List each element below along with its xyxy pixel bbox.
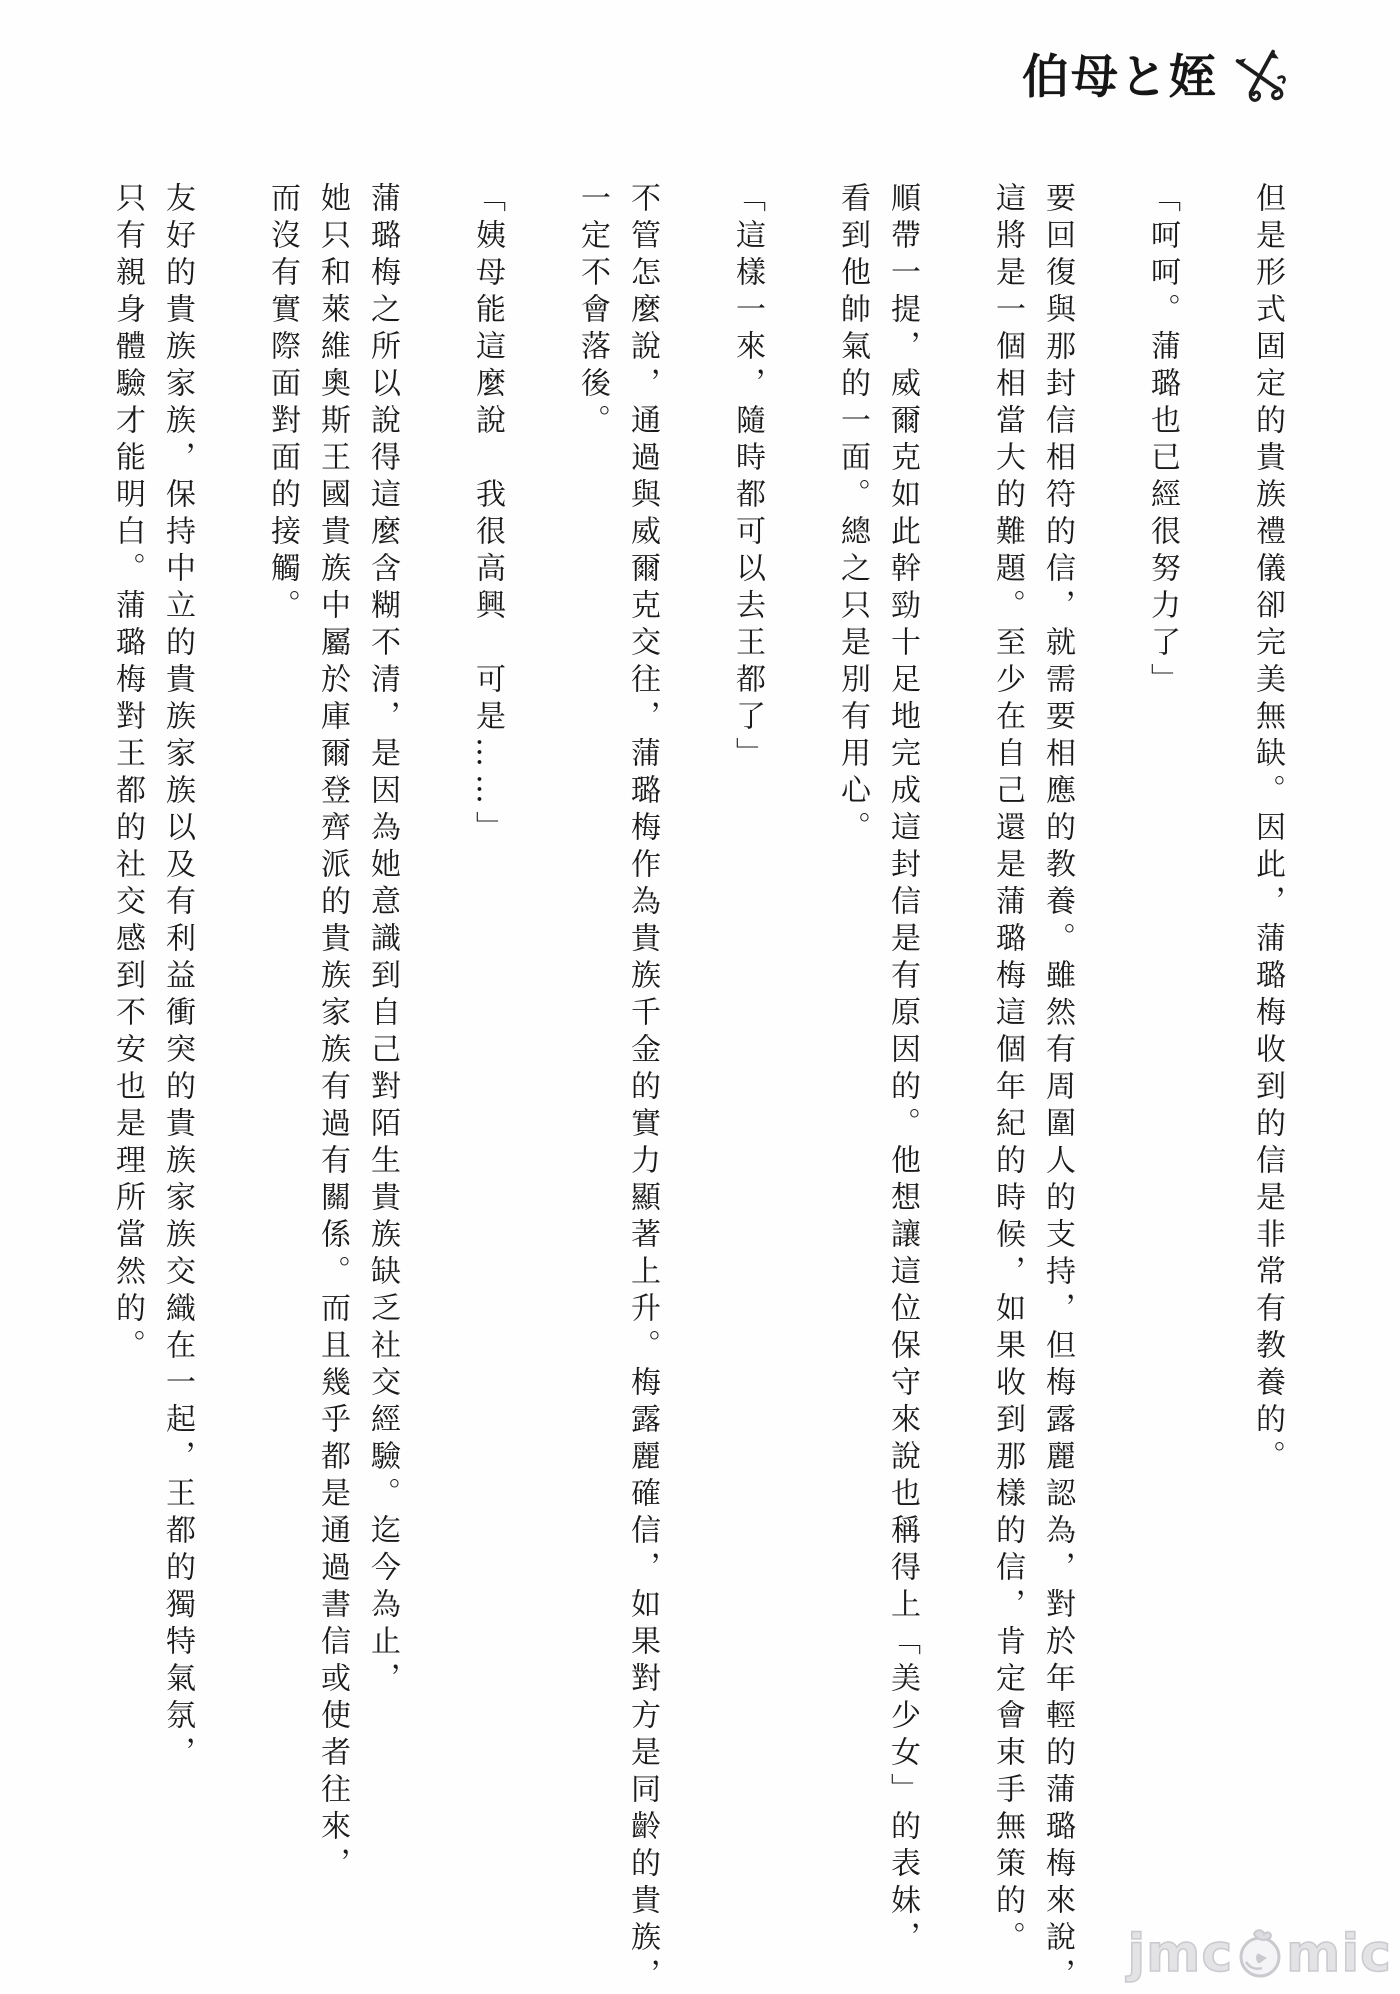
text-column: 她只和萊維奧斯王國貴族中屬於庫爾登齊派的貴族家族有過有關係。而且幾乎都是通過書信… <box>307 182 357 1982</box>
paragraph: 不管怎麼說，通過與威爾克交往，蒲璐梅作為貴族千金的實力顯著上升。梅露麗確信，如果… <box>567 182 667 1982</box>
watermark-text-right: mic <box>1286 1924 1392 1984</box>
paragraph: 要回復與那封信相符的信，就需要相應的教養。雖然有周圍人的支持，但梅露麗認為，對於… <box>982 182 1082 1982</box>
text-column: 友好的貴族家族，保持中立的貴族家族以及有利益衝突的貴族家族交織在一起，王都的獨特… <box>152 182 202 1982</box>
text-column: 不管怎麼說，通過與威爾克交往，蒲璐梅作為貴族千金的實力顯著上升。梅露麗確信，如果… <box>617 182 667 1982</box>
text-column: 只有親身體驗才能明白。蒲璐梅對王都的社交感到不安也是理所當然的。 <box>102 182 152 1982</box>
text-column: 蒲璐梅之所以說得這麼含糊不清，是因為她意識到自己對陌生貴族缺乏社交經驗。迄今為止… <box>357 182 407 1982</box>
paragraph: 蒲璐梅之所以說得這麼含糊不清，是因為她意識到自己對陌生貴族缺乏社交經驗。迄今為止… <box>257 182 407 1982</box>
chick-mascot-icon <box>1232 1928 1288 1980</box>
chapter-title: 伯母と姪 <box>1022 40 1218 107</box>
crossed-hairpin-ornament-icon <box>1232 45 1288 103</box>
text-column: 看到他帥氣的一面。總之只是別有用心。 <box>827 182 877 1982</box>
watermark-text-left: jmc <box>1127 1924 1233 1984</box>
text-column: 「呵呵。蒲璐也已經很努力了」 <box>1137 182 1187 1982</box>
paragraph: 但是形式固定的貴族禮儀卻完美無缺。因此，蒲璐梅收到的信是非常有教養的。 <box>1242 182 1292 1982</box>
text-column: 而沒有實際面對面的接觸。 <box>257 182 307 1982</box>
paragraph: 「姨母能這麼說 我很高興 可是……」 <box>462 182 512 1982</box>
text-column: 「姨母能這麼說 我很高興 可是……」 <box>462 182 512 1982</box>
paragraph: 友好的貴族家族，保持中立的貴族家族以及有利益衝突的貴族家族交織在一起，王都的獨特… <box>102 182 202 1982</box>
text-column: 要回復與那封信相符的信，就需要相應的教養。雖然有周圍人的支持，但梅露麗認為，對於… <box>1032 182 1082 1982</box>
watermark: jmc mic <box>1127 1924 1392 1984</box>
text-column: 但是形式固定的貴族禮儀卻完美無缺。因此，蒲璐梅收到的信是非常有教養的。 <box>1242 182 1292 1982</box>
text-column: 順帶一提，威爾克如此幹勁十足地完成這封信是有原因的。他想讓這位保守來說也稱得上「… <box>877 182 927 1982</box>
chapter-header: 伯母と姪 <box>1022 40 1288 107</box>
text-column: 這將是一個相當大的難題。至少在自己還是蒲璐梅這個年紀的時候，如果收到那樣的信，肯… <box>982 182 1032 1982</box>
text-column: 「這樣一來，隨時都可以去王都了」 <box>722 182 772 1982</box>
novel-page: 伯母と姪 但是形式固定的貴族禮儀卻完美無缺。因此，蒲璐梅收到的信是非常有教養的。… <box>0 0 1400 1994</box>
text-area: 但是形式固定的貴族禮儀卻完美無缺。因此，蒲璐梅收到的信是非常有教養的。「呵呵。蒲… <box>102 182 1292 1982</box>
paragraph: 「呵呵。蒲璐也已經很努力了」 <box>1137 182 1187 1982</box>
paragraph: 「這樣一來，隨時都可以去王都了」 <box>722 182 772 1982</box>
text-column: 一定不會落後。 <box>567 182 617 1982</box>
paragraph: 順帶一提，威爾克如此幹勁十足地完成這封信是有原因的。他想讓這位保守來說也稱得上「… <box>827 182 927 1982</box>
